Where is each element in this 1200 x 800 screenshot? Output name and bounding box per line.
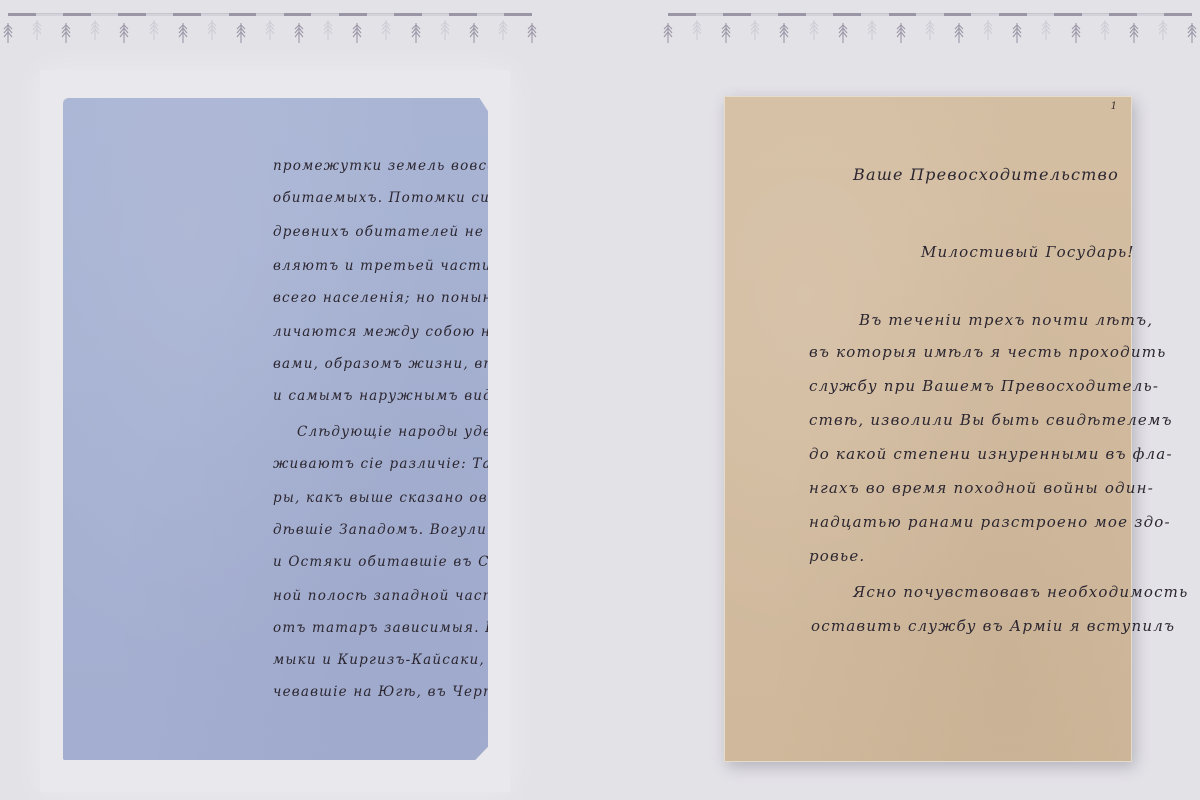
pine-tree-icon [411,22,421,44]
tree-row [3,22,537,46]
pine-tree-icon [750,19,760,41]
pine-tree-icon [809,19,819,41]
handwriting-line: оставить службу въ Арміи я вступилъ [811,617,1175,635]
handwriting-line: отъ татаръ зависимыя. Кал [273,620,516,636]
pine-tree-icon [498,19,508,41]
pine-tree-icon [867,19,877,41]
pine-tree-icon [265,19,275,41]
manuscript-page-right: 1 Ваше Превосходительство Милостивый Гос… [724,96,1132,762]
pine-tree-icon [469,22,479,44]
handwriting-line: ной полосѣ западной части и [273,588,522,604]
pine-tree-icon [207,19,217,41]
tree-row [663,22,1197,46]
pine-tree-icon [1187,22,1197,44]
handwriting-line: дѣвшіе Западомъ. Вогуличи [273,522,506,538]
handwriting-line: Въ теченіи трехъ почти лѣтъ, [859,311,1153,329]
folio-number: 1 [1111,101,1117,112]
pine-tree-icon [721,22,731,44]
pine-tree-icon [440,19,450,41]
pine-tree-icon [294,22,304,44]
handwriting-line: вами, образомъ жизни, впро [273,356,513,372]
handwriting-line: ровье. [809,547,865,565]
pine-tree-icon [1129,22,1139,44]
pine-tree-icon [838,22,848,44]
pine-tree-icon [1071,22,1081,44]
handwriting-line: до какой степени изнуренными въ фла- [809,445,1173,463]
handwriting-line: Ясно почувствовавъ необходимость [853,583,1188,601]
pine-tree-icon [3,22,13,44]
handwriting-line: надцатью ранами разстроено мое здо- [809,513,1171,531]
handwriting-line: вляютъ и третьей части [273,258,492,274]
pine-tree-icon [236,22,246,44]
pine-tree-icon [954,22,964,44]
top-divider [668,13,1192,17]
pine-tree-icon [1158,19,1168,41]
pine-tree-icon [1100,19,1110,41]
handwriting-line: промежутки земель вовсе не [273,158,521,174]
handwriting-line: въ которыя имѣлъ я честь проходить [809,343,1167,361]
handwriting-line: Слѣдующіе народы удер- [297,424,508,440]
handwriting-line: ры, какъ выше сказано овла [273,490,507,506]
top-divider [8,13,532,17]
pine-tree-icon [178,22,188,44]
handwriting-line: ствѣ, изволили Вы быть свидѣтелемъ [809,411,1173,429]
pine-tree-icon [1041,19,1051,41]
pine-tree-icon [925,19,935,41]
handwriting-line: живаютъ сіе различіе: Тата [273,456,515,472]
salutation-greeting: Милостивый Государь! [921,243,1135,261]
pine-tree-icon [90,19,100,41]
pine-tree-icon [779,22,789,44]
pine-tree-icon [527,22,537,44]
pine-tree-icon [692,19,702,41]
pine-tree-icon [983,19,993,41]
pine-tree-icon [149,19,159,41]
handwriting-line: службу при Вашемъ Превосходитель- [809,377,1159,395]
pine-tree-icon [663,22,673,44]
pine-tree-icon [119,22,129,44]
handwriting-line: обитаемыхъ. Потомки сихъ [273,190,509,206]
pine-tree-icon [32,19,42,41]
handwriting-line: чевавшіе на Югѣ, въ Чертахъ [273,684,525,700]
pine-tree-icon [352,22,362,44]
salutation-title: Ваше Превосходительство [853,165,1119,184]
handwriting-line: мыки и Киргизъ-Кайсаки, ко [273,652,509,668]
handwriting-line: нгахъ во время походной войны один- [809,479,1154,497]
handwriting-line: личаются между собою нра [273,324,510,340]
pine-tree-icon [1012,22,1022,44]
manuscript-page-left: промежутки земель вовсе не обитаемыхъ. П… [63,98,488,760]
pine-tree-icon [323,19,333,41]
pine-tree-icon [381,19,391,41]
pine-tree-icon [61,22,71,44]
pine-tree-icon [896,22,906,44]
